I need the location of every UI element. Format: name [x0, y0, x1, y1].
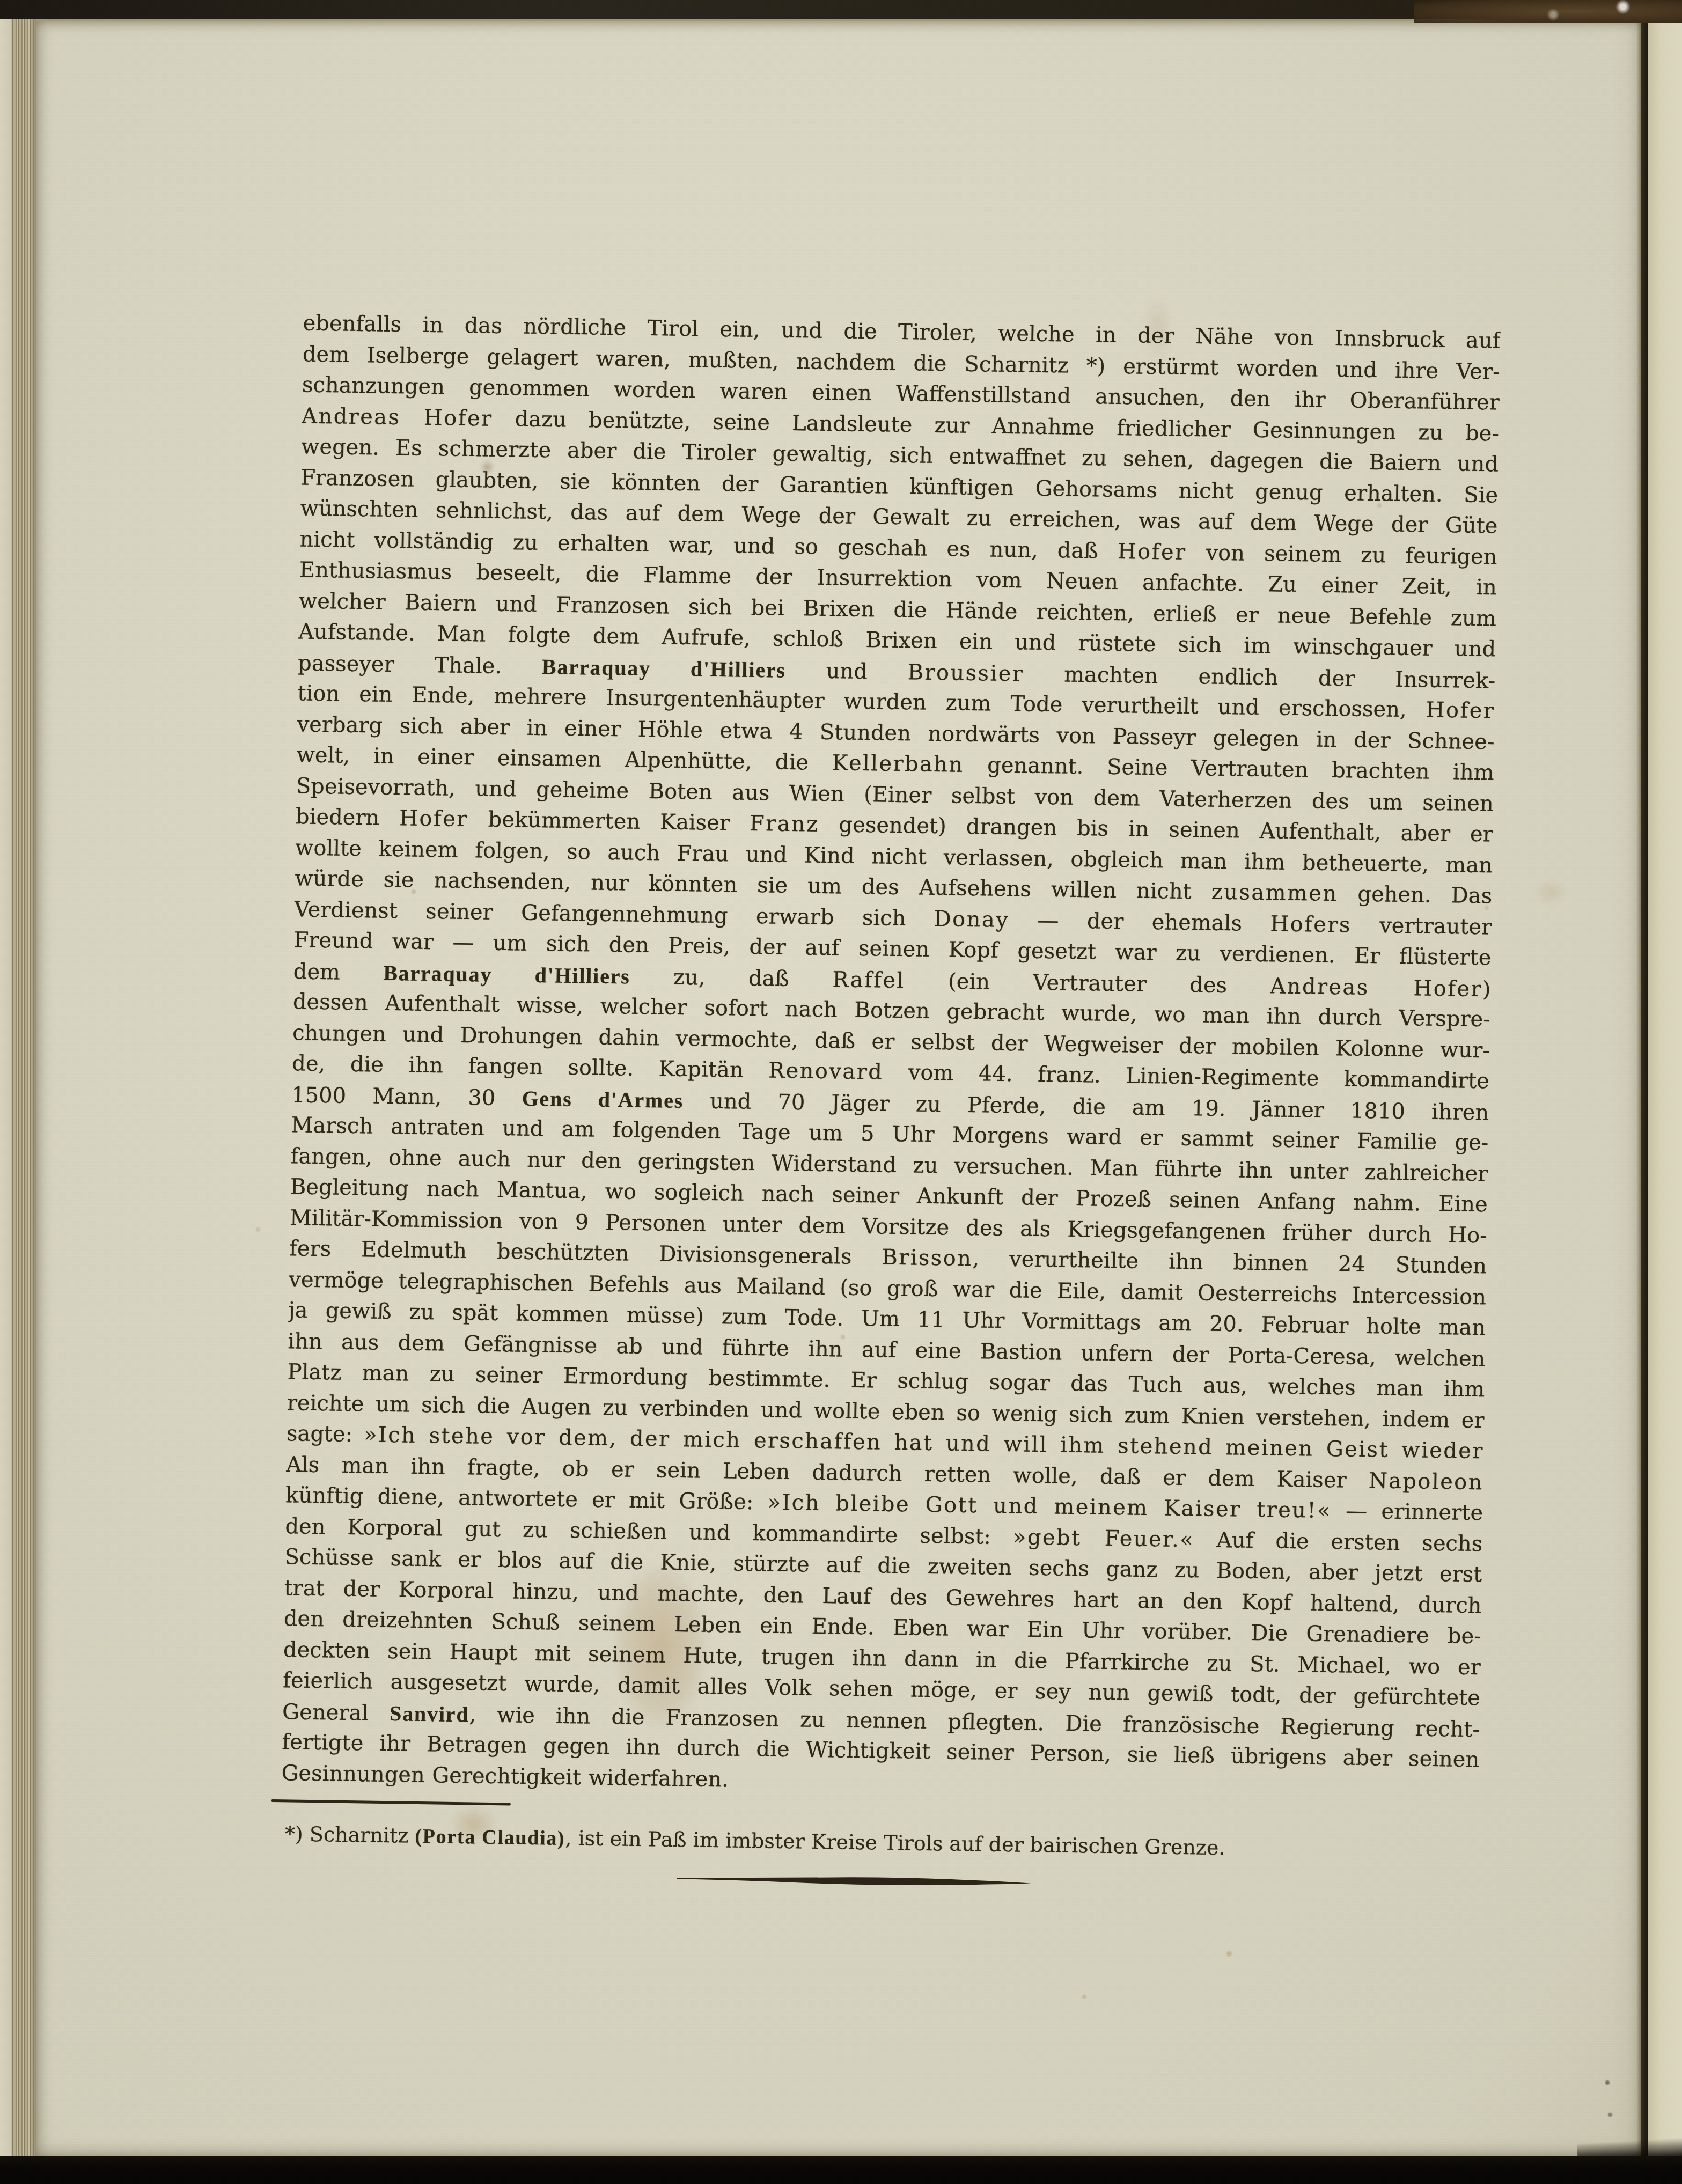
letterspaced-text-run: »gebt Feuer.«	[1013, 1525, 1195, 1552]
text-run: , verurtheilte ihn binnen 24 Stunden	[972, 1246, 1487, 1278]
text-run: sagte:	[287, 1421, 364, 1447]
bold-antiqua-text-run: Barraquay d'Hilliers	[383, 960, 630, 988]
text-run: de, die ihn fangen sollte. Kapitän	[292, 1051, 769, 1083]
text-run: Gesinnungen Gerechtigkeit widerfahren.	[281, 1761, 729, 1792]
text-run: Auf die ersten sechs	[1194, 1527, 1483, 1556]
text-run: )	[1482, 977, 1491, 1002]
letterspaced-text-run: Kellerbahn	[832, 751, 964, 777]
letterspaced-text-run: Hofers	[1270, 911, 1352, 937]
footnote-separator-rule	[271, 1799, 511, 1806]
text-run: *) Scharnitz	[285, 1822, 415, 1848]
text-run: künftig diene, antwortete er mit Größe:	[285, 1483, 768, 1514]
book-page: ebenfalls in das nördliche Tirol ein, un…	[36, 19, 1641, 2157]
underlying-page-edge	[0, 15, 11, 2178]
text-run: genannt. Seine Vertrauten brachten ihm	[964, 753, 1494, 785]
text-run: biedern	[296, 804, 400, 830]
letterspaced-text-run: Raffel	[832, 967, 905, 993]
letterspaced-text-run: Broussier	[907, 660, 1024, 686]
letterspaced-text-run: Hofer	[399, 806, 468, 832]
text-run: passeyer Thale.	[298, 651, 542, 679]
letterspaced-text-run: zusammen	[1211, 880, 1338, 906]
text-run: fers Edelmuth beschützten Divisionsgener…	[289, 1236, 882, 1269]
letterspaced-text-run: Brisson	[882, 1245, 973, 1271]
text-run: — erinnerte	[1331, 1498, 1483, 1525]
text-block: ebenfalls in das nördliche Tirol ein, un…	[280, 308, 1501, 1930]
text-run: — der ehemals	[1009, 908, 1270, 936]
letterspaced-text-run: »Ich bleibe Gott und meinem Kaiser treu!…	[767, 1490, 1332, 1524]
letterspaced-text-run: Hofer	[1426, 698, 1495, 724]
text-run: von seinem zu feurigen	[1186, 540, 1497, 569]
bold-antiqua-text-run: Gens d'Armes	[522, 1086, 684, 1112]
text-run: , ist ein Paß im imbster Kreise Tirols a…	[565, 1826, 1225, 1859]
text-run: bekümmerten Kaiser	[468, 807, 750, 836]
adjacent-page-edge	[1648, 19, 1682, 2156]
text-run: vom 44. franz. Linien-Regimente kommandi…	[883, 1060, 1489, 1094]
text-run: vertrauter	[1351, 913, 1492, 939]
bold-antiqua-text-run: (Porta Claudia)	[415, 1825, 565, 1850]
text-run: dem	[293, 959, 383, 985]
page-edge-stack	[11, 14, 36, 2174]
paper-speckles	[36, 21, 40, 24]
letterspaced-text-run: Renovard	[768, 1058, 884, 1084]
letterspaced-text-run: Napoleon	[1369, 1468, 1484, 1495]
paper-stain	[1533, 879, 1568, 905]
text-lines: ebenfalls in das nördliche Tirol ein, un…	[281, 308, 1501, 1806]
text-run: machten endlich der Insurrek-	[1024, 661, 1496, 693]
letterspaced-text-run: Hofer	[1118, 539, 1187, 565]
letterspaced-text-run: Andreas Hofer	[1270, 974, 1482, 1002]
bold-antiqua-text-run: Sanvird	[390, 1701, 469, 1726]
text-run: Verdienst seiner Gefangennehmung erwarb …	[294, 897, 934, 931]
letterspaced-text-run: Andreas Hofer	[302, 403, 493, 431]
gutter-shadow	[1636, 19, 1648, 2156]
bold-antiqua-text-run: Barraquay d'Hilliers	[542, 655, 786, 682]
letterspaced-text-run: Donay	[934, 907, 1009, 932]
binding-corner	[1414, 0, 1682, 23]
scan-bottom-background	[0, 2156, 1682, 2184]
text-run: zu, daß	[630, 964, 832, 992]
text-run: welt, in einer einsamen Alpenhütte, die	[296, 742, 832, 775]
footnote-line: *) Scharnitz (Porta Claudia), ist ein Pa…	[285, 1820, 1412, 1865]
book-scan: ebenfalls in das nördliche Tirol ein, un…	[0, 0, 1682, 2184]
end-ornament-swelled-rule	[677, 1872, 1031, 1889]
text-run: (ein Vertrauter des	[905, 968, 1270, 998]
text-run: gehen. Das	[1338, 881, 1492, 908]
letterspaced-text-run: Franz	[750, 811, 819, 837]
text-run: 1500 Mann, 30	[291, 1083, 522, 1111]
text-run: und	[785, 658, 908, 684]
text-run: General	[282, 1700, 390, 1726]
